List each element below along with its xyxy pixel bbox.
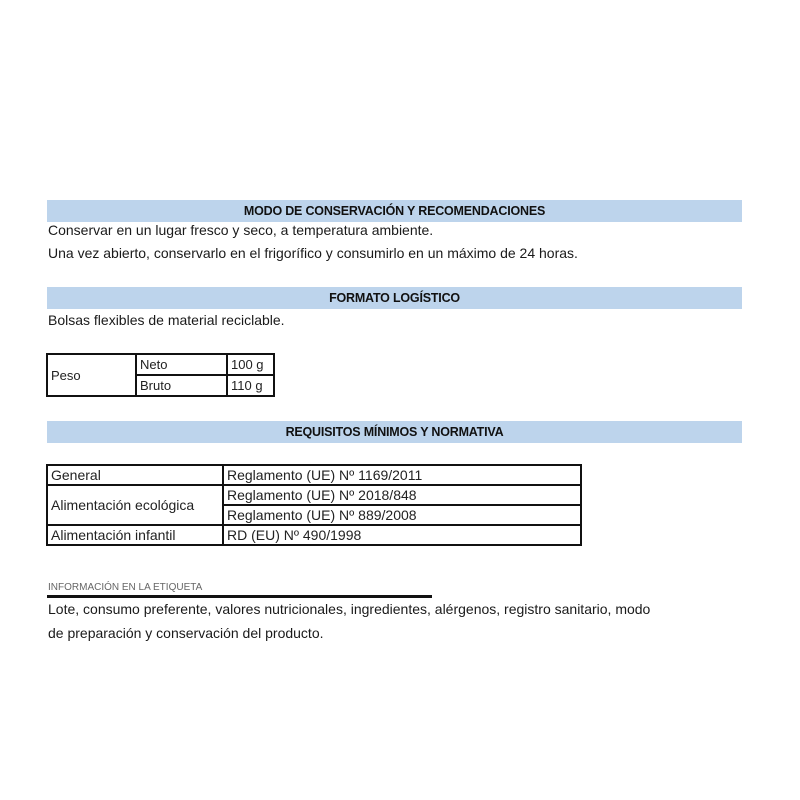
- normativa-table: General Reglamento (UE) Nº 1169/2011 Ali…: [46, 464, 582, 546]
- peso-type-neto: Neto: [136, 354, 227, 375]
- section-header-requisitos: REQUISITOS MÍNIMOS Y NORMATIVA: [47, 421, 742, 443]
- normativa-category: Alimentación infantil: [47, 525, 223, 545]
- peso-type-bruto: Bruto: [136, 375, 227, 396]
- conservacion-line-2: Una vez abierto, conservarlo en el frigo…: [48, 242, 578, 264]
- section-header-etiqueta: INFORMACIÓN EN LA ETIQUETA: [48, 582, 202, 593]
- peso-table: Peso Neto 100 g Bruto 110 g: [46, 353, 275, 397]
- normativa-regulation: Reglamento (UE) Nº 1169/2011: [223, 465, 581, 485]
- conservacion-line-1: Conservar en un lugar fresco y seco, a t…: [48, 219, 433, 241]
- table-row: Alimentación ecológica Reglamento (UE) N…: [47, 485, 581, 505]
- normativa-category: Alimentación ecológica: [47, 485, 223, 525]
- table-row: Alimentación infantil RD (EU) Nº 490/199…: [47, 525, 581, 545]
- etiqueta-line-2: de preparación y conservación del produc…: [48, 622, 324, 644]
- formato-line-1: Bolsas flexibles de material reciclable.: [48, 309, 285, 331]
- peso-value-bruto: 110 g: [227, 375, 274, 396]
- section-header-formato: FORMATO LOGÍSTICO: [47, 287, 742, 309]
- peso-value-neto: 100 g: [227, 354, 274, 375]
- normativa-regulation: Reglamento (UE) Nº 2018/848: [223, 485, 581, 505]
- peso-label: Peso: [47, 354, 136, 396]
- normativa-regulation: Reglamento (UE) Nº 889/2008: [223, 505, 581, 525]
- etiqueta-line-1: Lote, consumo preferente, valores nutric…: [48, 598, 650, 620]
- table-row: General Reglamento (UE) Nº 1169/2011: [47, 465, 581, 485]
- normativa-category: General: [47, 465, 223, 485]
- normativa-regulation: RD (EU) Nº 490/1998: [223, 525, 581, 545]
- table-row: Peso Neto 100 g: [47, 354, 274, 375]
